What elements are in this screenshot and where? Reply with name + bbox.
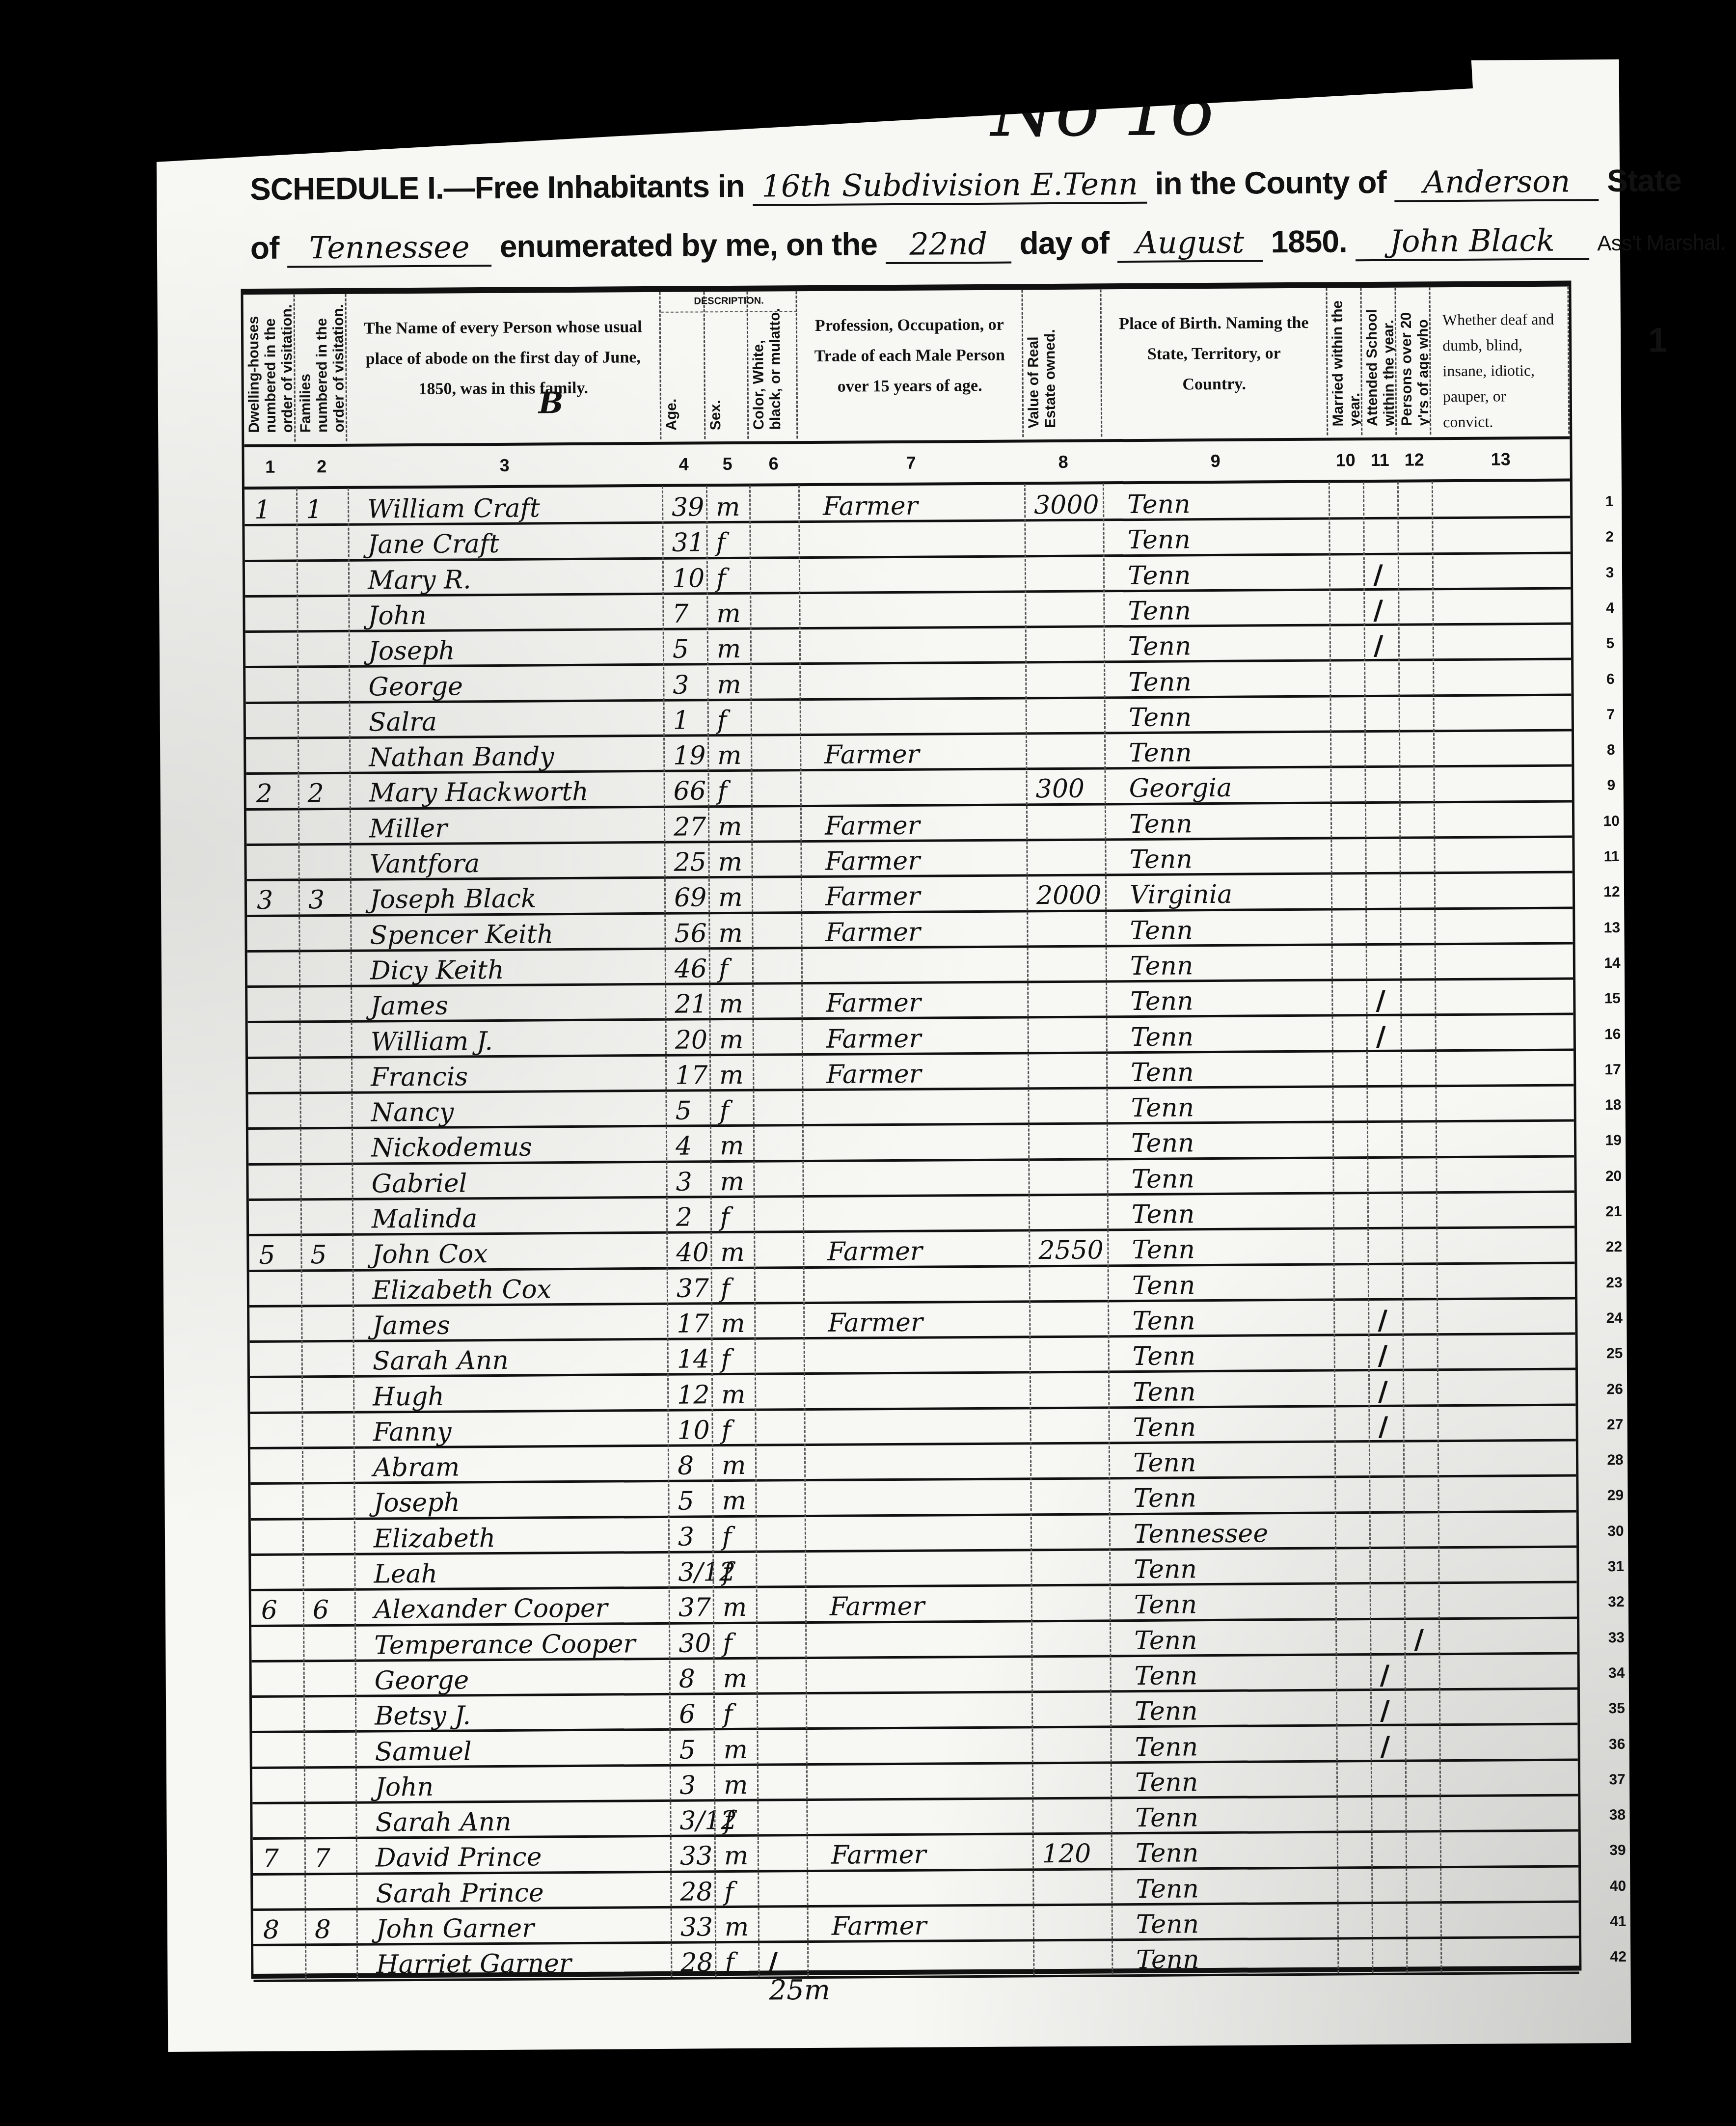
- column-header-8: Value of Real Estate owned.: [1023, 289, 1102, 437]
- cell-name: Hugh: [373, 1373, 667, 1412]
- cell-school: /: [1380, 1653, 1404, 1690]
- column-header-label: The Name of every Person whose usual pla…: [347, 292, 660, 405]
- cell-name: Nathan Bandy: [369, 735, 663, 773]
- cell-occupation: Farmer: [828, 1300, 1029, 1338]
- cell-sex: m: [724, 1764, 757, 1800]
- cell-age: 27: [674, 805, 708, 842]
- column-header-7: Profession, Occupation, or Trade of each…: [797, 290, 1024, 438]
- cell-birthplace: Tenn: [1134, 1547, 1335, 1585]
- cell-name: David Prince: [376, 1835, 670, 1874]
- county-label: in the County of: [1155, 164, 1386, 201]
- cell-name: Spencer Keith: [370, 912, 664, 951]
- cell-birthplace: Tenn: [1131, 1121, 1332, 1159]
- cell-school: /: [1378, 1404, 1403, 1441]
- cell-birthplace: Tenn: [1131, 1014, 1332, 1053]
- cell-name: James: [372, 1303, 667, 1341]
- cell-age: 10: [672, 557, 706, 594]
- cell-sex: m: [716, 486, 749, 522]
- cell-sex: m: [718, 911, 752, 948]
- column-number: 4: [661, 444, 705, 484]
- cell-family: 3: [308, 878, 350, 916]
- cell-name: George: [368, 663, 663, 702]
- cell-name: Fanny: [373, 1409, 667, 1448]
- cell-occupation: Farmer: [826, 1016, 1028, 1055]
- column-number: 1: [244, 447, 296, 487]
- column-header-9: Place of Birth. Naming the State, Territ…: [1101, 288, 1328, 437]
- cell-birthplace: Tenn: [1129, 837, 1330, 875]
- day-field: 22nd: [885, 226, 1011, 265]
- cell-sex: f: [721, 1409, 755, 1445]
- cell-school: /: [1374, 624, 1398, 660]
- cell-name: Joseph: [373, 1480, 668, 1519]
- cell-name: Francis: [371, 1054, 665, 1093]
- cell-name: Miller: [369, 806, 664, 845]
- cell-dwelling: 1: [254, 488, 296, 525]
- column-header-label: Dwelling-houses numbered in the order of…: [244, 294, 296, 439]
- cell-sex: f: [724, 1799, 757, 1836]
- column-header-label: Persons over 20 y'rs of age who cannot r…: [1396, 287, 1431, 432]
- cell-occupation: Farmer: [826, 981, 1027, 1019]
- cell-name: Salra: [369, 699, 663, 738]
- cell-name: Vantfora: [369, 841, 664, 880]
- column-header-6: Color, White, black, or mulatto.: [748, 291, 798, 439]
- cell-dwelling: 8: [263, 1908, 305, 1945]
- cell-name: Alexander Cooper: [374, 1586, 669, 1625]
- cell-sex: m: [720, 1160, 753, 1197]
- cell-birthplace: Tenn: [1129, 731, 1330, 769]
- cell-age: 33: [680, 1835, 714, 1872]
- column-header-1: Dwelling-houses numbered in the order of…: [244, 294, 296, 442]
- cell-birthplace: Tenn: [1133, 1476, 1334, 1514]
- cell-sex: m: [720, 1124, 753, 1161]
- cell-sex: f: [716, 556, 750, 593]
- cell-birthplace: Tenn: [1135, 1760, 1336, 1798]
- cell-age: 31: [672, 521, 706, 558]
- cell-name: Joseph Black: [370, 876, 664, 915]
- cell-age: 5: [678, 1480, 712, 1517]
- county-field: Anderson: [1394, 163, 1599, 202]
- column-header-3: The Name of every Person whose usual pla…: [347, 292, 662, 441]
- cell-color: /: [768, 1940, 807, 1977]
- description-label: DESCRIPTION.: [661, 295, 797, 307]
- cell-birthplace: Tenn: [1127, 482, 1329, 520]
- cell-age: 25: [674, 841, 708, 877]
- cell-occupation: Farmer: [825, 803, 1026, 842]
- cell-birthplace: Tenn: [1130, 943, 1331, 981]
- cell-age: 8: [678, 1657, 713, 1694]
- day-of-label: day of: [1019, 225, 1109, 261]
- cell-age: 30: [678, 1622, 713, 1659]
- cell-name: James: [370, 983, 665, 1022]
- cell-name: Sarah Prince: [376, 1870, 670, 1909]
- description-group-label: DESCRIPTION.: [660, 291, 797, 313]
- column-header-13: Whether deaf and dumb, blind, insane, id…: [1430, 287, 1570, 435]
- cell-school: /: [1378, 1298, 1402, 1335]
- cell-birthplace: Tenn: [1136, 1831, 1337, 1869]
- cell-birthplace: Tenn: [1128, 588, 1329, 627]
- cell-family: 2: [307, 772, 349, 809]
- cell-age: 37: [677, 1267, 711, 1304]
- cell-sex: f: [716, 521, 749, 558]
- marshal-field: John Black: [1355, 222, 1589, 261]
- cell-sex: m: [723, 1728, 757, 1765]
- cell-name: Betsy J.: [375, 1693, 669, 1732]
- cell-name: William Craft: [367, 486, 662, 525]
- cell-age: 3/12: [678, 1551, 712, 1587]
- cell-name: Joseph: [368, 628, 663, 667]
- cell-age: 33: [680, 1906, 715, 1942]
- month-field: August: [1117, 224, 1263, 263]
- cell-birthplace: Tenn: [1132, 1192, 1333, 1230]
- cell-name: Abram: [373, 1445, 668, 1483]
- cell-sex: m: [717, 663, 750, 700]
- column-header-2: Families numbered in the order of visita…: [295, 294, 348, 442]
- cell-age: 10: [677, 1409, 711, 1445]
- footer-tally: 25m: [769, 1974, 830, 2007]
- cell-birthplace: Tenn: [1135, 1689, 1336, 1727]
- cell-sex: m: [716, 592, 750, 629]
- cell-birthplace: Georgia: [1129, 766, 1330, 804]
- cell-family: 6: [313, 1588, 354, 1626]
- cell-school: /: [1373, 552, 1398, 589]
- state-field: Tennessee: [287, 229, 491, 268]
- year-label: 1850.: [1271, 223, 1347, 259]
- census-page: No 16 SCHEDULE I.—Free Inhabitants in 16…: [156, 59, 1631, 2052]
- cell-birthplace: Tenn: [1132, 1334, 1333, 1372]
- cell-sex: m: [717, 627, 750, 664]
- cell-birthplace: Tenn: [1130, 979, 1331, 1017]
- cell-birthplace: Tenn: [1136, 1866, 1337, 1905]
- cell-age: 3/12: [679, 1799, 714, 1836]
- subdivision-field: 16th Subdivision E.Tenn: [753, 166, 1147, 206]
- census-table: 1 Dwelling-houses numbered in the order …: [241, 281, 1581, 1979]
- cell-age: 1: [673, 699, 707, 736]
- cell-name: Dicy Keith: [370, 948, 665, 986]
- cell-birthplace: Tenn: [1130, 908, 1331, 946]
- column-number: 5: [705, 444, 749, 484]
- cell-sex: m: [718, 876, 752, 913]
- census-rows: 11William Craft39mFarmer3000Tenn1Jane Cr…: [244, 481, 1579, 1980]
- schedule-title-line: SCHEDULE I.—Free Inhabitants in 16th Sub…: [250, 162, 1682, 209]
- cell-sex: f: [721, 1337, 755, 1374]
- column-header-label: Sex.: [705, 292, 726, 436]
- cell-sex: f: [722, 1551, 756, 1587]
- cell-age: 19: [673, 734, 707, 771]
- column-header-10: Married within the year.: [1327, 288, 1362, 435]
- cell-name: Nickodemus: [371, 1125, 666, 1164]
- cell-sex: m: [718, 841, 751, 877]
- cell-birthplace: Tenn: [1131, 1050, 1332, 1088]
- cell-sex: f: [719, 947, 752, 984]
- cell-school: /: [1373, 588, 1398, 625]
- cell-birthplace: Tenn: [1133, 1369, 1334, 1408]
- cell-birthplace: Tenn: [1134, 1618, 1335, 1656]
- cell-age: 40: [676, 1231, 710, 1268]
- cell-age: 6: [679, 1692, 713, 1729]
- column-header-11: Attended School within the year.: [1361, 288, 1397, 435]
- cell-value: 300: [1035, 767, 1104, 805]
- cell-occupation: Farmer: [825, 839, 1026, 877]
- cell-sex: m: [725, 1906, 758, 1942]
- cell-name: William J.: [371, 1018, 665, 1057]
- column-header-label: Color, White, black, or mulatto.: [748, 291, 786, 436]
- cell-age: 66: [673, 770, 707, 807]
- cell-sex: m: [719, 1054, 753, 1090]
- cell-name: John Cox: [372, 1231, 666, 1270]
- cell-occupation: Farmer: [830, 1584, 1031, 1623]
- cell-age: 8: [678, 1444, 712, 1481]
- cell-name: Elizabeth Cox: [372, 1267, 667, 1306]
- cell-family: 1: [306, 488, 348, 525]
- cell-age: 56: [674, 912, 708, 949]
- cell-sex: m: [721, 1373, 755, 1410]
- cell-age: 14: [677, 1337, 711, 1374]
- cell-age: 28: [680, 1870, 714, 1907]
- cell-birthplace: Virginia: [1130, 872, 1331, 911]
- cell-sex: m: [724, 1834, 758, 1871]
- column-number: 11: [1362, 440, 1397, 480]
- table-row: Harriet Garner28f/Tenn42: [253, 1936, 1579, 1982]
- row-number: 42: [1599, 1935, 1638, 1979]
- cell-sex: m: [719, 982, 752, 1019]
- cell-age: 37: [678, 1586, 713, 1623]
- cell-occupation: Farmer: [825, 910, 1027, 948]
- state-label: State: [1607, 163, 1682, 198]
- cell-birthplace: Tenn: [1135, 1796, 1336, 1834]
- cell-age: 39: [672, 486, 706, 522]
- cell-occupation: Farmer: [827, 1229, 1029, 1268]
- cell-school: /: [1380, 1689, 1405, 1725]
- cell-occupation: Farmer: [831, 1833, 1032, 1871]
- cell-sex: f: [717, 769, 751, 806]
- cell-name: John: [375, 1764, 670, 1803]
- column-number: 13: [1431, 439, 1570, 480]
- cell-birthplace: Tenn: [1133, 1405, 1334, 1443]
- cell-occupation: Farmer: [832, 1904, 1033, 1942]
- column-header-label: Whether deaf and dumb, blind, insane, id…: [1430, 287, 1568, 435]
- column-header-4: Age.: [660, 292, 705, 439]
- cell-dwelling: 2: [256, 772, 298, 810]
- cell-sex: m: [719, 1018, 753, 1055]
- cell-birthplace: Tenn: [1133, 1441, 1334, 1479]
- cell-sex: f: [724, 1870, 758, 1907]
- cell-age: 28: [680, 1941, 715, 1978]
- cell-name: George: [374, 1658, 669, 1696]
- column-number: 10: [1328, 440, 1362, 480]
- cell-occupation: Farmer: [825, 874, 1027, 913]
- cell-age: 3: [676, 1160, 710, 1197]
- cell-dwelling: 5: [259, 1234, 300, 1271]
- column-number: 3: [347, 445, 661, 486]
- cell-age: 5: [675, 1089, 709, 1126]
- enumeration-line: of Tennessee enumerated by me, on the 22…: [250, 221, 1726, 268]
- of-label: of: [250, 230, 279, 266]
- cell-name: Samuel: [375, 1728, 669, 1767]
- cell-age: 46: [675, 947, 709, 984]
- cell-name: Sarah Ann: [375, 1799, 670, 1838]
- cell-age: 17: [677, 1302, 711, 1339]
- cell-birthplace: Tenn: [1128, 624, 1329, 662]
- cell-occupation: Farmer: [824, 732, 1026, 770]
- cell-sex: f: [723, 1692, 757, 1729]
- cell-dwelling: 3: [257, 879, 298, 916]
- cell-family: 5: [310, 1233, 352, 1271]
- cell-age: 7: [672, 592, 706, 629]
- enumerated-label: enumerated by me, on the: [500, 226, 877, 264]
- cell-birthplace: Tenn: [1136, 1902, 1337, 1940]
- column-header-5: Sex.: [705, 292, 749, 439]
- cell-family: 8: [315, 1908, 356, 1945]
- cell-sex: m: [717, 734, 751, 771]
- cell-age: 3: [673, 663, 707, 700]
- cell-birthplace: Tenn: [1128, 553, 1329, 591]
- marshal-label: Ass't Marshal.: [1597, 231, 1725, 256]
- cell-age: 3: [679, 1764, 714, 1800]
- cell-birthplace: Tenn: [1127, 518, 1329, 556]
- cell-school: /: [1378, 1334, 1402, 1370]
- cell-sex: f: [723, 1621, 756, 1658]
- column-header-label: Families numbered in the order of visita…: [295, 294, 348, 439]
- cell-sex: f: [722, 1515, 756, 1552]
- cell-sex: f: [720, 1196, 754, 1232]
- name-column-annotation: B: [539, 386, 564, 420]
- cell-name: Malinda: [372, 1196, 666, 1235]
- cell-birthplace: Tenn: [1132, 1298, 1333, 1336]
- cell-name: Jane Craft: [367, 521, 662, 560]
- cell-name: Leah: [374, 1551, 668, 1590]
- column-number: 2: [296, 447, 347, 487]
- cell-school: /: [1380, 1724, 1405, 1761]
- page-number: 1: [1648, 320, 1667, 359]
- cell-birthplace: Tenn: [1128, 659, 1329, 698]
- cell-name: Temperance Cooper: [374, 1622, 669, 1661]
- cell-birthplace: Tennessee: [1134, 1511, 1335, 1550]
- cell-sex: f: [717, 699, 751, 736]
- column-number: 8: [1024, 442, 1102, 482]
- cell-occupation: Farmer: [826, 1052, 1028, 1090]
- cell-sex: f: [719, 1089, 753, 1126]
- column-number: 9: [1102, 441, 1328, 482]
- cell-birthplace: Tenn: [1131, 1156, 1332, 1195]
- cell-sex: m: [722, 1479, 755, 1516]
- cell-sex: m: [723, 1586, 756, 1623]
- cell-value: 2000: [1036, 874, 1105, 911]
- cell-age: 17: [675, 1054, 709, 1090]
- cell-birthplace: Tenn: [1132, 1263, 1333, 1301]
- cell-birthplace: Tenn: [1131, 1086, 1332, 1124]
- cell-sex: m: [718, 805, 751, 842]
- cell-dwelling: 7: [263, 1837, 304, 1875]
- cell-age: 21: [675, 982, 709, 1019]
- cell-sex: m: [723, 1657, 756, 1694]
- cell-name: John Garner: [376, 1906, 671, 1945]
- cell-birthplace: Tenn: [1136, 1937, 1337, 1976]
- cell-name: Harriet Garner: [376, 1941, 671, 1980]
- column-header-label: Married within the year.: [1327, 288, 1362, 432]
- column-header-label: Age.: [660, 292, 682, 436]
- cell-name: Nancy: [371, 1090, 665, 1128]
- cell-sex: m: [720, 1231, 754, 1268]
- cell-birthplace: Tenn: [1129, 695, 1330, 733]
- cell-age: 3: [678, 1515, 712, 1552]
- cell-dwelling: 6: [261, 1589, 303, 1626]
- cell-family: 7: [314, 1837, 356, 1874]
- cell-birthplace: Tenn: [1129, 801, 1330, 840]
- cell-name: Elizabeth: [374, 1516, 668, 1554]
- column-number: 7: [798, 442, 1024, 483]
- cell-birthplace: Tenn: [1134, 1653, 1335, 1691]
- cell-age: 20: [675, 1018, 709, 1055]
- cell-sex: f: [725, 1941, 758, 1978]
- cell-birthplace: Tenn: [1135, 1724, 1336, 1763]
- cell-school: /: [1378, 1369, 1403, 1406]
- column-header-12: Persons over 20 y'rs of age who cannot r…: [1396, 287, 1431, 435]
- cell-cannot-read: /: [1414, 1617, 1438, 1654]
- cell-name: Mary R.: [368, 557, 662, 596]
- cell-school: /: [1376, 1014, 1401, 1051]
- column-number: 6: [749, 444, 798, 484]
- cell-value: 120: [1042, 1832, 1111, 1870]
- cell-name: John: [368, 593, 662, 631]
- cell-sex: m: [721, 1302, 754, 1339]
- cell-birthplace: Tenn: [1134, 1582, 1335, 1621]
- column-number: 12: [1397, 440, 1431, 479]
- cell-value: 3000: [1034, 483, 1103, 520]
- column-header-label: Profession, Occupation, or Trade of each…: [797, 290, 1022, 402]
- cell-age: 5: [673, 627, 707, 664]
- column-header-label: Attended School within the year.: [1361, 288, 1397, 432]
- cell-school: /: [1376, 979, 1400, 1015]
- cell-value: 2550: [1038, 1229, 1107, 1266]
- cell-birthplace: Tenn: [1132, 1227, 1333, 1266]
- cell-age: 5: [679, 1728, 713, 1765]
- cell-sex: m: [722, 1444, 755, 1481]
- cell-name: Gabriel: [371, 1161, 666, 1199]
- cell-age: 2: [676, 1196, 710, 1232]
- column-header-label: Value of Real Estate owned.: [1023, 290, 1061, 434]
- cell-sex: f: [721, 1266, 754, 1303]
- cell-age: 4: [676, 1125, 710, 1162]
- cell-age: 12: [677, 1373, 711, 1410]
- cell-name: Mary Hackworth: [369, 770, 663, 809]
- schedule-prefix: SCHEDULE I.—Free Inhabitants in: [250, 168, 745, 207]
- column-header-label: Place of Birth. Naming the State, Territ…: [1101, 288, 1326, 401]
- cell-name: Sarah Ann: [373, 1338, 667, 1377]
- cell-occupation: Farmer: [823, 484, 1024, 522]
- cell-age: 69: [674, 876, 708, 913]
